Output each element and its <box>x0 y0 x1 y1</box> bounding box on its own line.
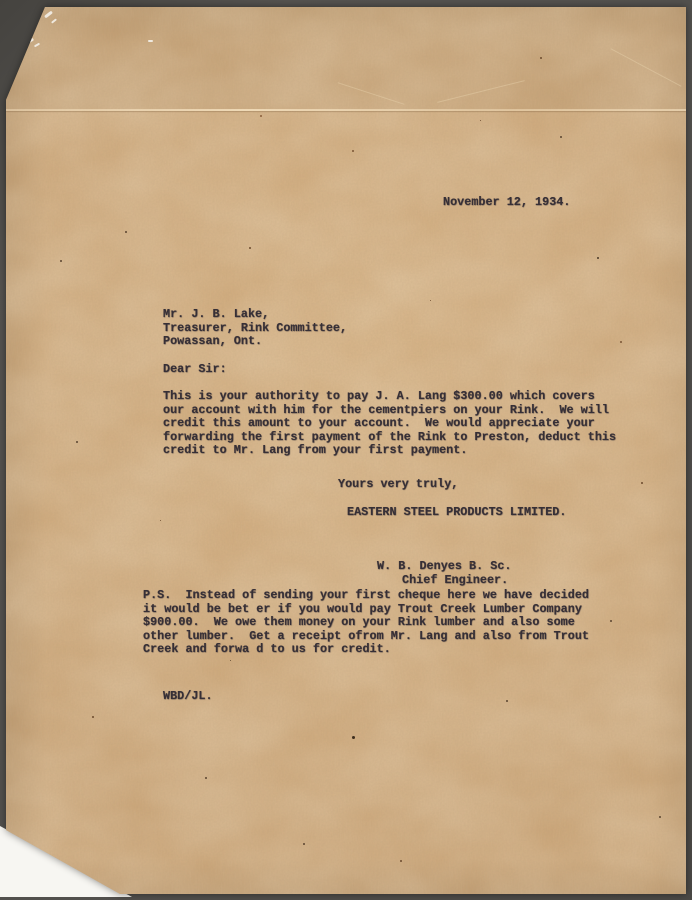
wrinkle-line <box>437 80 525 103</box>
letter-line: This is your authority to pay J. A. Lang… <box>163 390 616 404</box>
letter-line: $900.00. We owe them money on your Rink … <box>143 616 589 630</box>
scanned-letter-page: November 12, 1934. Mr. J. B. Lake,Treasu… <box>0 0 692 900</box>
wrinkle-line <box>338 82 405 105</box>
scuff-mark <box>51 18 57 23</box>
letter-line: forwarding the first payment of the Rink… <box>163 431 616 445</box>
wrinkle-line <box>610 48 681 86</box>
scuff-mark <box>24 38 34 46</box>
scuff-mark <box>44 11 53 19</box>
salutation: Dear Sir: <box>163 363 227 377</box>
letter-line: it would be bet er if you would pay Trou… <box>143 603 589 617</box>
closing-line: Yours very truly, <box>338 478 458 492</box>
letter-paper-wrap: November 12, 1934. Mr. J. B. Lake,Treasu… <box>6 7 686 894</box>
recipient-address: Mr. J. B. Lake,Treasurer, Rink Committee… <box>163 308 347 349</box>
letter-body: This is your authority to pay J. A. Lang… <box>163 390 616 458</box>
scuff-mark <box>148 40 153 42</box>
reference-initials: WBD/JL. <box>163 690 213 704</box>
letter-line: Treasurer, Rink Committee, <box>163 322 347 336</box>
letter-line: credit to Mr. Lang from your first payme… <box>163 444 616 458</box>
scuff-mark <box>34 43 40 48</box>
signer-name: W. B. Denyes B. Sc. <box>377 560 512 574</box>
letter-date: November 12, 1934. <box>443 196 570 210</box>
letter-line: Mr. J. B. Lake, <box>163 308 347 322</box>
letter-line: Creek and forwa d to us for credit. <box>143 643 589 657</box>
letter-line: credit this amount to your account. We w… <box>163 417 616 431</box>
fold-crease <box>6 109 686 111</box>
letter-line: P.S. Instead of sending your first chequ… <box>143 589 589 603</box>
letter-line: other lumber. Get a receipt ofrom Mr. La… <box>143 630 589 644</box>
letter-line: Powassan, Ont. <box>163 335 347 349</box>
signer-title: Chief Engineer. <box>402 574 508 588</box>
letter-line: our account with him for the cementpiers… <box>163 404 616 418</box>
postscript: P.S. Instead of sending your first chequ… <box>143 589 589 657</box>
letter-paper: November 12, 1934. Mr. J. B. Lake,Treasu… <box>6 7 686 894</box>
company-name: EASTERN STEEL PRODUCTS LIMITED. <box>347 506 566 520</box>
